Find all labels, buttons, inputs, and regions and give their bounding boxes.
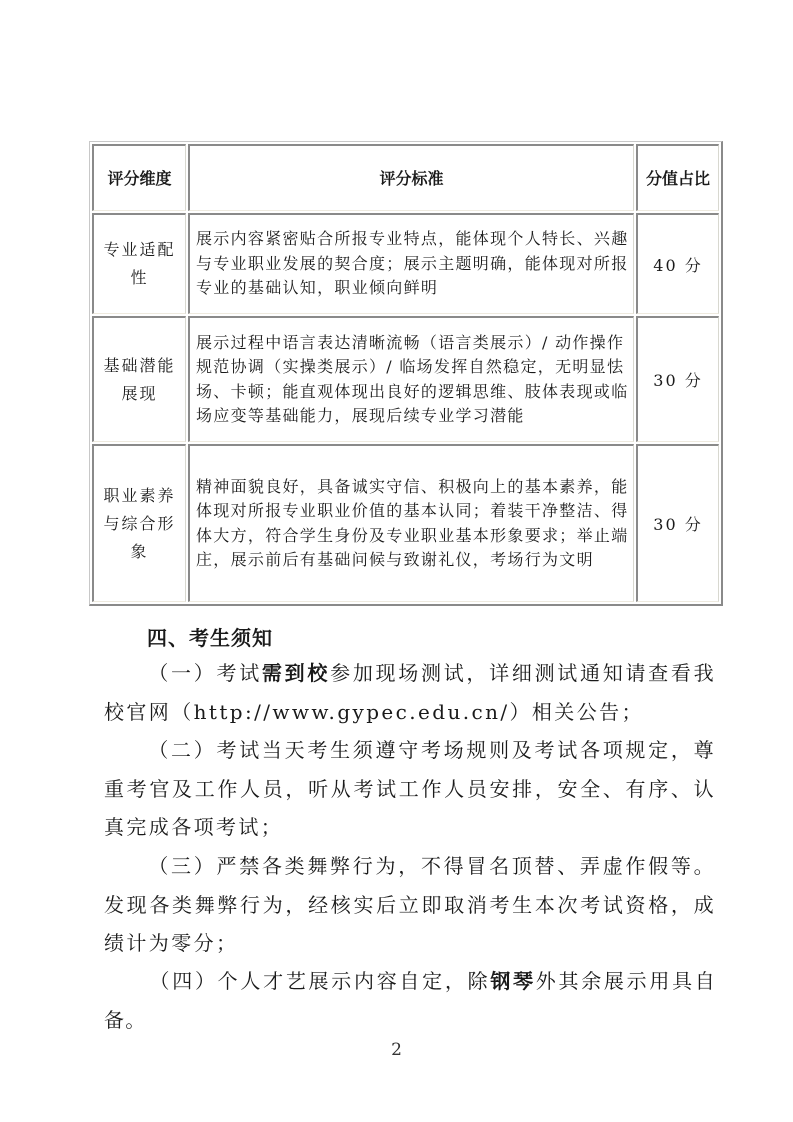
document-page: 评分维度 评分标准 分值占比 专业适配性 展示内容紧密贴合所报专业特点，能体现个… <box>0 0 793 1122</box>
notice-prefix: （三） <box>148 854 216 878</box>
page-number: 2 <box>0 1040 793 1060</box>
row-score: 40 分 <box>636 213 719 314</box>
scoring-table: 评分维度 评分标准 分值占比 专业适配性 展示内容紧密贴合所报专业特点，能体现个… <box>89 141 723 606</box>
notice-prefix: （二） <box>148 738 216 762</box>
notice-item-3: （三）严禁各类舞弊行为，不得冒名顶替、弄虚作假等。发现各类舞弊行为，经核实后立即… <box>104 847 716 963</box>
header-score: 分值占比 <box>636 144 719 211</box>
notice-emphasis: 需到校 <box>262 661 330 685</box>
table-header-row: 评分维度 评分标准 分值占比 <box>92 144 719 211</box>
row-score: 30 分 <box>636 316 719 442</box>
notice-emphasis: 钢琴 <box>490 969 535 993</box>
row-criteria: 精神面貌良好，具备诚实守信、积极向上的基本素养，能体现对所报专业职业价值的基本认… <box>188 444 634 602</box>
table-row: 职业素养与综合形象 精神面貌良好，具备诚实守信、积极向上的基本素养，能体现对所报… <box>92 444 719 602</box>
notice-item-4: （四）个人才艺展示内容自定，除钢琴外其余展示用具自备。 <box>104 962 716 1039</box>
section-title: 四、考生须知 <box>147 622 273 651</box>
table-row: 基础潜能展现 展示过程中语言表达清晰流畅（语言类展示）/ 动作操作规范协调（实操… <box>92 316 719 442</box>
header-criteria: 评分标准 <box>188 144 634 211</box>
header-dimension: 评分维度 <box>92 144 186 211</box>
notice-prefix: （四）个人才艺展示内容自定，除 <box>148 969 490 993</box>
row-criteria: 展示过程中语言表达清晰流畅（语言类展示）/ 动作操作规范协调（实操类展示）/ 临… <box>188 316 634 442</box>
row-score: 30 分 <box>636 444 719 602</box>
notice-item-2: （二）考试当天考生须遵守考场规则及考试各项规定，尊重考官及工作人员，听从考试工作… <box>104 731 716 847</box>
notice-item-1: （一）考试需到校参加现场测试，详细测试通知请查看我校官网（http://www.… <box>104 654 716 731</box>
row-dimension: 基础潜能展现 <box>92 316 186 442</box>
row-dimension: 职业素养与综合形象 <box>92 444 186 602</box>
notice-prefix: （一）考试 <box>148 661 262 685</box>
row-dimension: 专业适配性 <box>92 213 186 314</box>
row-criteria: 展示内容紧密贴合所报专业特点，能体现个人特长、兴趣与专业职业发展的契合度；展示主… <box>188 213 634 314</box>
table-row: 专业适配性 展示内容紧密贴合所报专业特点，能体现个人特长、兴趣与专业职业发展的契… <box>92 213 719 314</box>
